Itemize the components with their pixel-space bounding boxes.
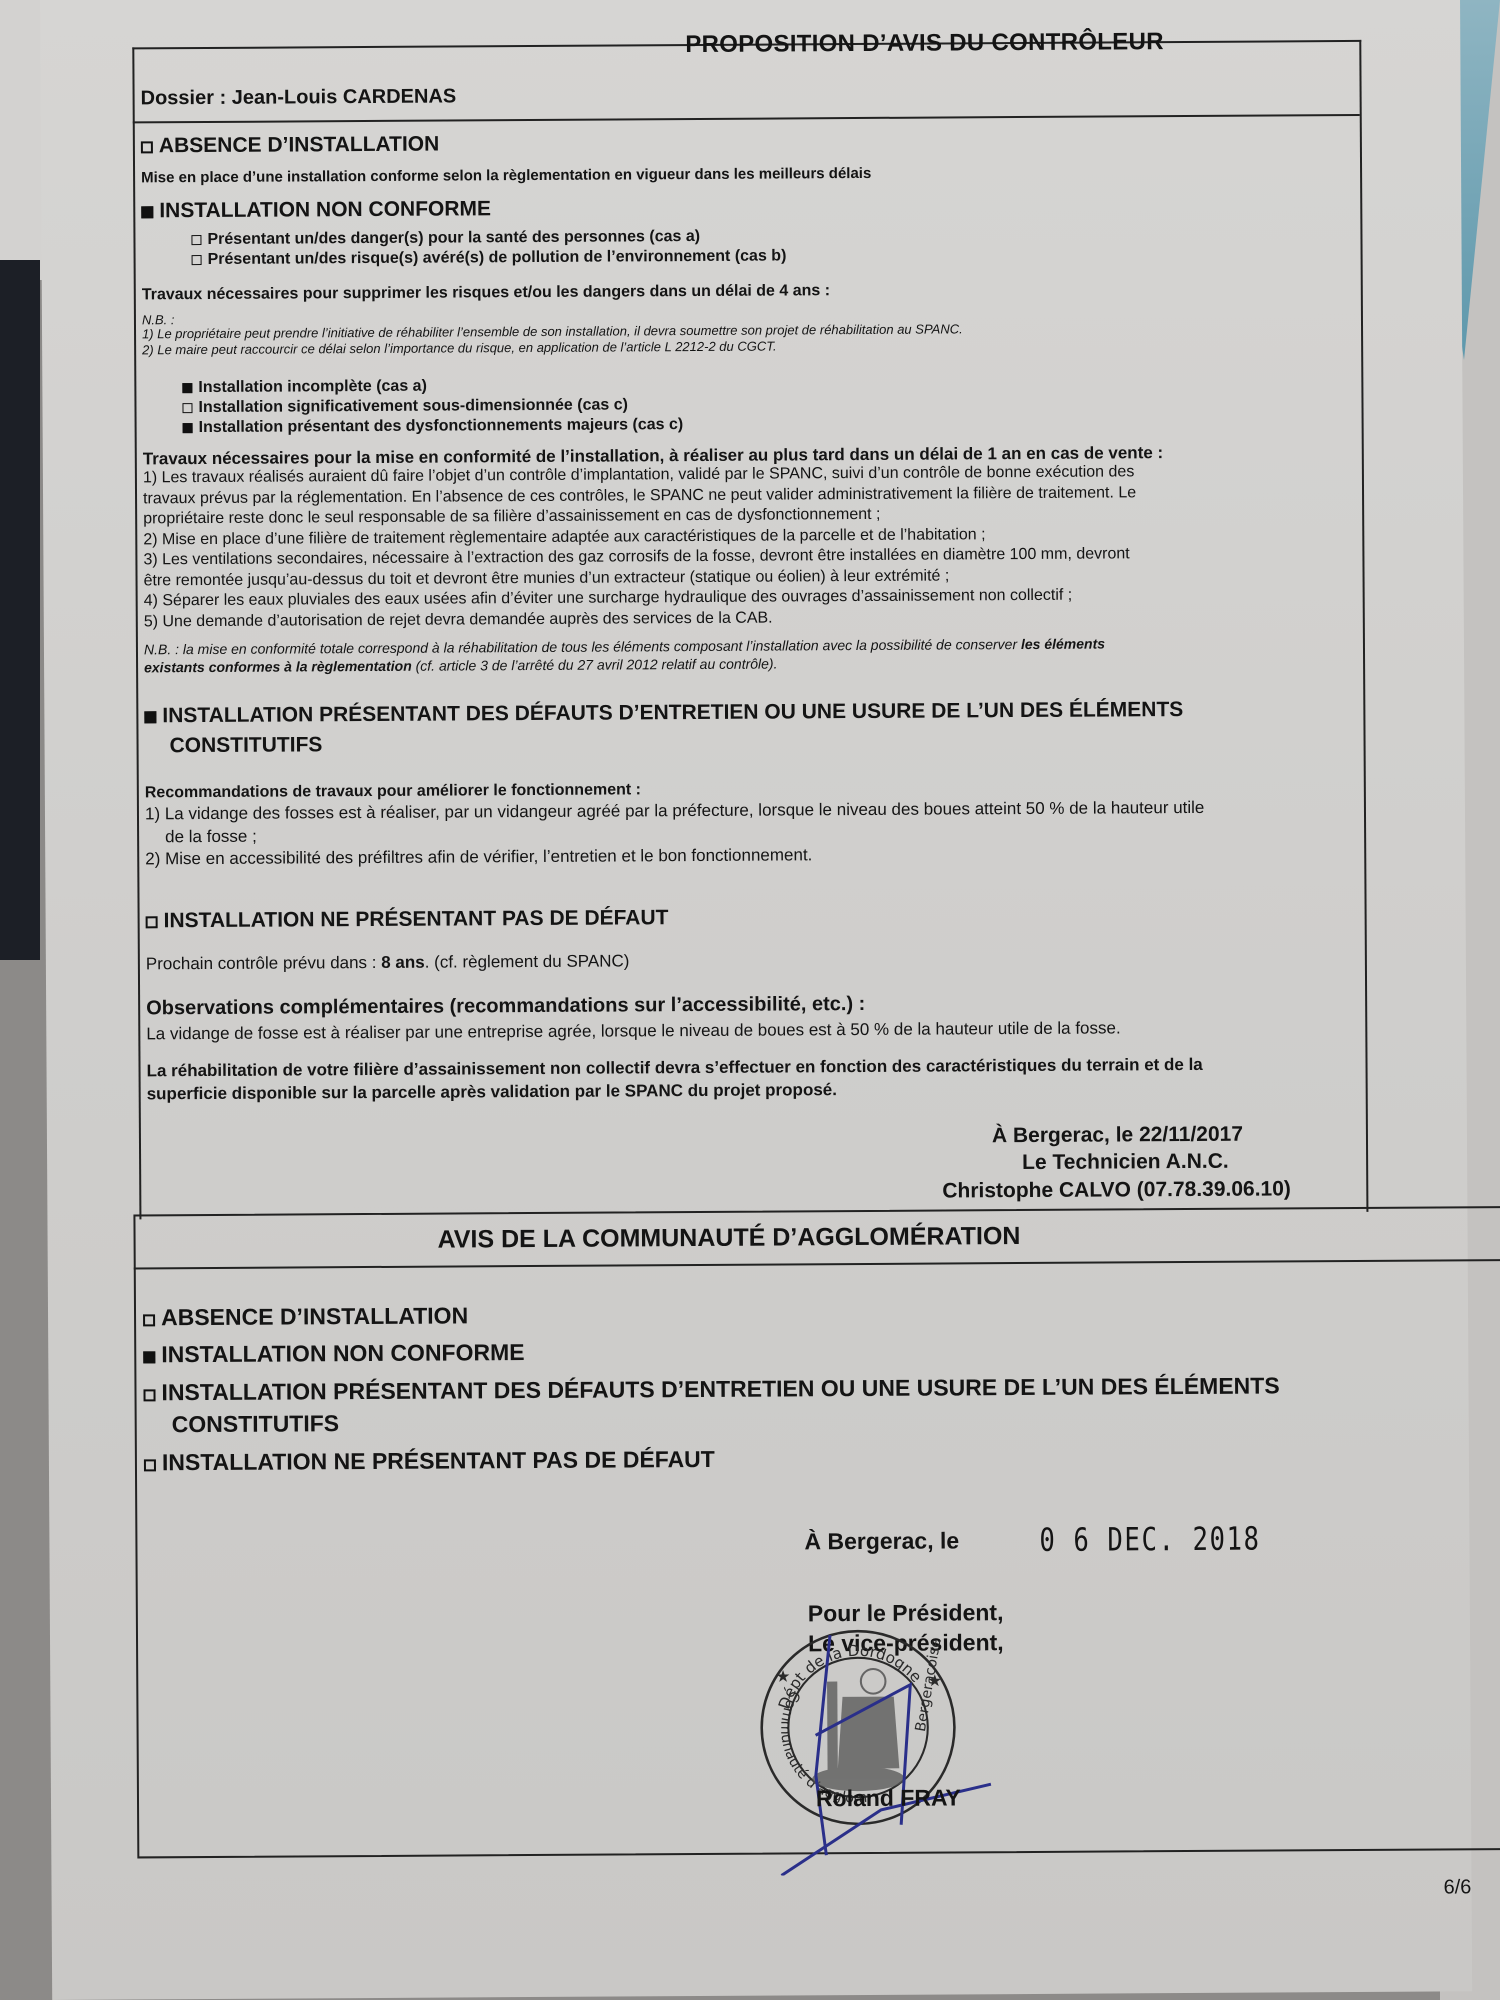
observations-heading: Observations complémentaires (recommanda… — [146, 993, 865, 1020]
sans-defaut-option[interactable]: INSTALLATION NE PRÉSENTANT PAS DE DÉFAUT — [146, 906, 669, 933]
background-dark-left — [0, 260, 40, 960]
dossier-label: Dossier : Jean-Louis CARDENAS — [141, 85, 457, 110]
controleur-name: Christophe CALVO (07.78.39.06.10) — [942, 1177, 1291, 1203]
communaute-sans-defaut-checkbox[interactable] — [144, 1459, 156, 1471]
communaute-title: AVIS DE LA COMMUNAUTÉ D’AGGLOMÉRATION — [437, 1222, 1020, 1255]
cas-c-sous-dim-option[interactable]: Installation significativement sous-dime… — [182, 396, 628, 417]
page-title: PROPOSITION D’AVIS DU CONTRÔLEUR — [685, 28, 1164, 59]
signatory-name: Roland FRAY — [816, 1784, 961, 1812]
non-conforme-option[interactable]: INSTALLATION NON CONFORME — [141, 197, 491, 223]
defauts-label-cont: CONSTITUTIFS — [169, 733, 322, 758]
observation-line-3: superficie disponible sur la parcelle ap… — [147, 1080, 837, 1104]
communaute-sans-defaut-option[interactable]: INSTALLATION NE PRÉSENTANT PAS DE DÉFAUT — [144, 1446, 715, 1476]
nb-label: N.B. : — [142, 312, 175, 327]
cas-a-incomplete-checkbox[interactable] — [182, 383, 192, 393]
cas-c-dysfonctionnement-option[interactable]: Installation présentant des dysfonctionn… — [183, 416, 684, 437]
background-paper-left — [0, 0, 45, 280]
page-number: 6/6 — [1443, 1876, 1471, 1899]
communaute-defauts-label-cont: CONSTITUTIFS — [172, 1410, 340, 1438]
cas-a-danger-option[interactable]: Présentant un/des danger(s) pour la sant… — [191, 228, 700, 249]
cas-c-sous-dim-checkbox[interactable] — [182, 403, 192, 413]
cas-b-pollution-checkbox[interactable] — [192, 255, 202, 265]
prochain-controle: Prochain contrôle prévu dans : 8 ans. (c… — [146, 951, 630, 974]
sans-defaut-checkbox[interactable] — [146, 916, 158, 928]
absence-checkbox[interactable] — [141, 141, 153, 153]
absence-option[interactable]: ABSENCE D’INSTALLATION — [141, 133, 440, 159]
travaux-line: 5) Une demande d’autorisation de rejet d… — [144, 609, 773, 631]
cas-b-pollution-option[interactable]: Présentant un/des risque(s) avéré(s) de … — [192, 247, 787, 269]
communaute-absence-option[interactable]: ABSENCE D’INSTALLATION — [143, 1302, 468, 1331]
communaute-non-conforme-option[interactable]: INSTALLATION NON CONFORME — [143, 1339, 524, 1368]
non-conforme-checkbox[interactable] — [141, 206, 153, 218]
reco-line-3: 2) Mise en accessibilité des préfiltres … — [145, 845, 812, 869]
document-page: Dossier : Jean-Louis CARDENAS PROPOSITIO… — [40, 0, 1472, 2000]
controleur-role: Le Technicien A.N.C. — [1022, 1150, 1229, 1175]
date-stamp: 0 6 DEC. 2018 — [1039, 1520, 1260, 1559]
reco-heading: Recommandations de travaux pour améliore… — [145, 781, 641, 802]
controleur-place-date: À Bergerac, le 22/11/2017 — [992, 1123, 1243, 1149]
reco-line-2: de la fosse ; — [165, 827, 257, 848]
cas-c-dysfonctionnement-checkbox[interactable] — [183, 423, 193, 433]
pour-le-president: Pour le Président, — [808, 1599, 1004, 1627]
communaute-defauts-checkbox[interactable] — [143, 1389, 155, 1401]
cas-a-danger-checkbox[interactable] — [191, 235, 201, 245]
communaute-place: À Bergerac, le — [804, 1527, 959, 1555]
communaute-absence-checkbox[interactable] — [143, 1314, 155, 1326]
communaute-non-conforme-checkbox[interactable] — [143, 1351, 155, 1363]
cas-a-incomplete-option[interactable]: Installation incomplète (cas a) — [182, 378, 427, 397]
defauts-checkbox[interactable] — [144, 711, 156, 723]
handwritten-signature-icon — [770, 1624, 1032, 1876]
